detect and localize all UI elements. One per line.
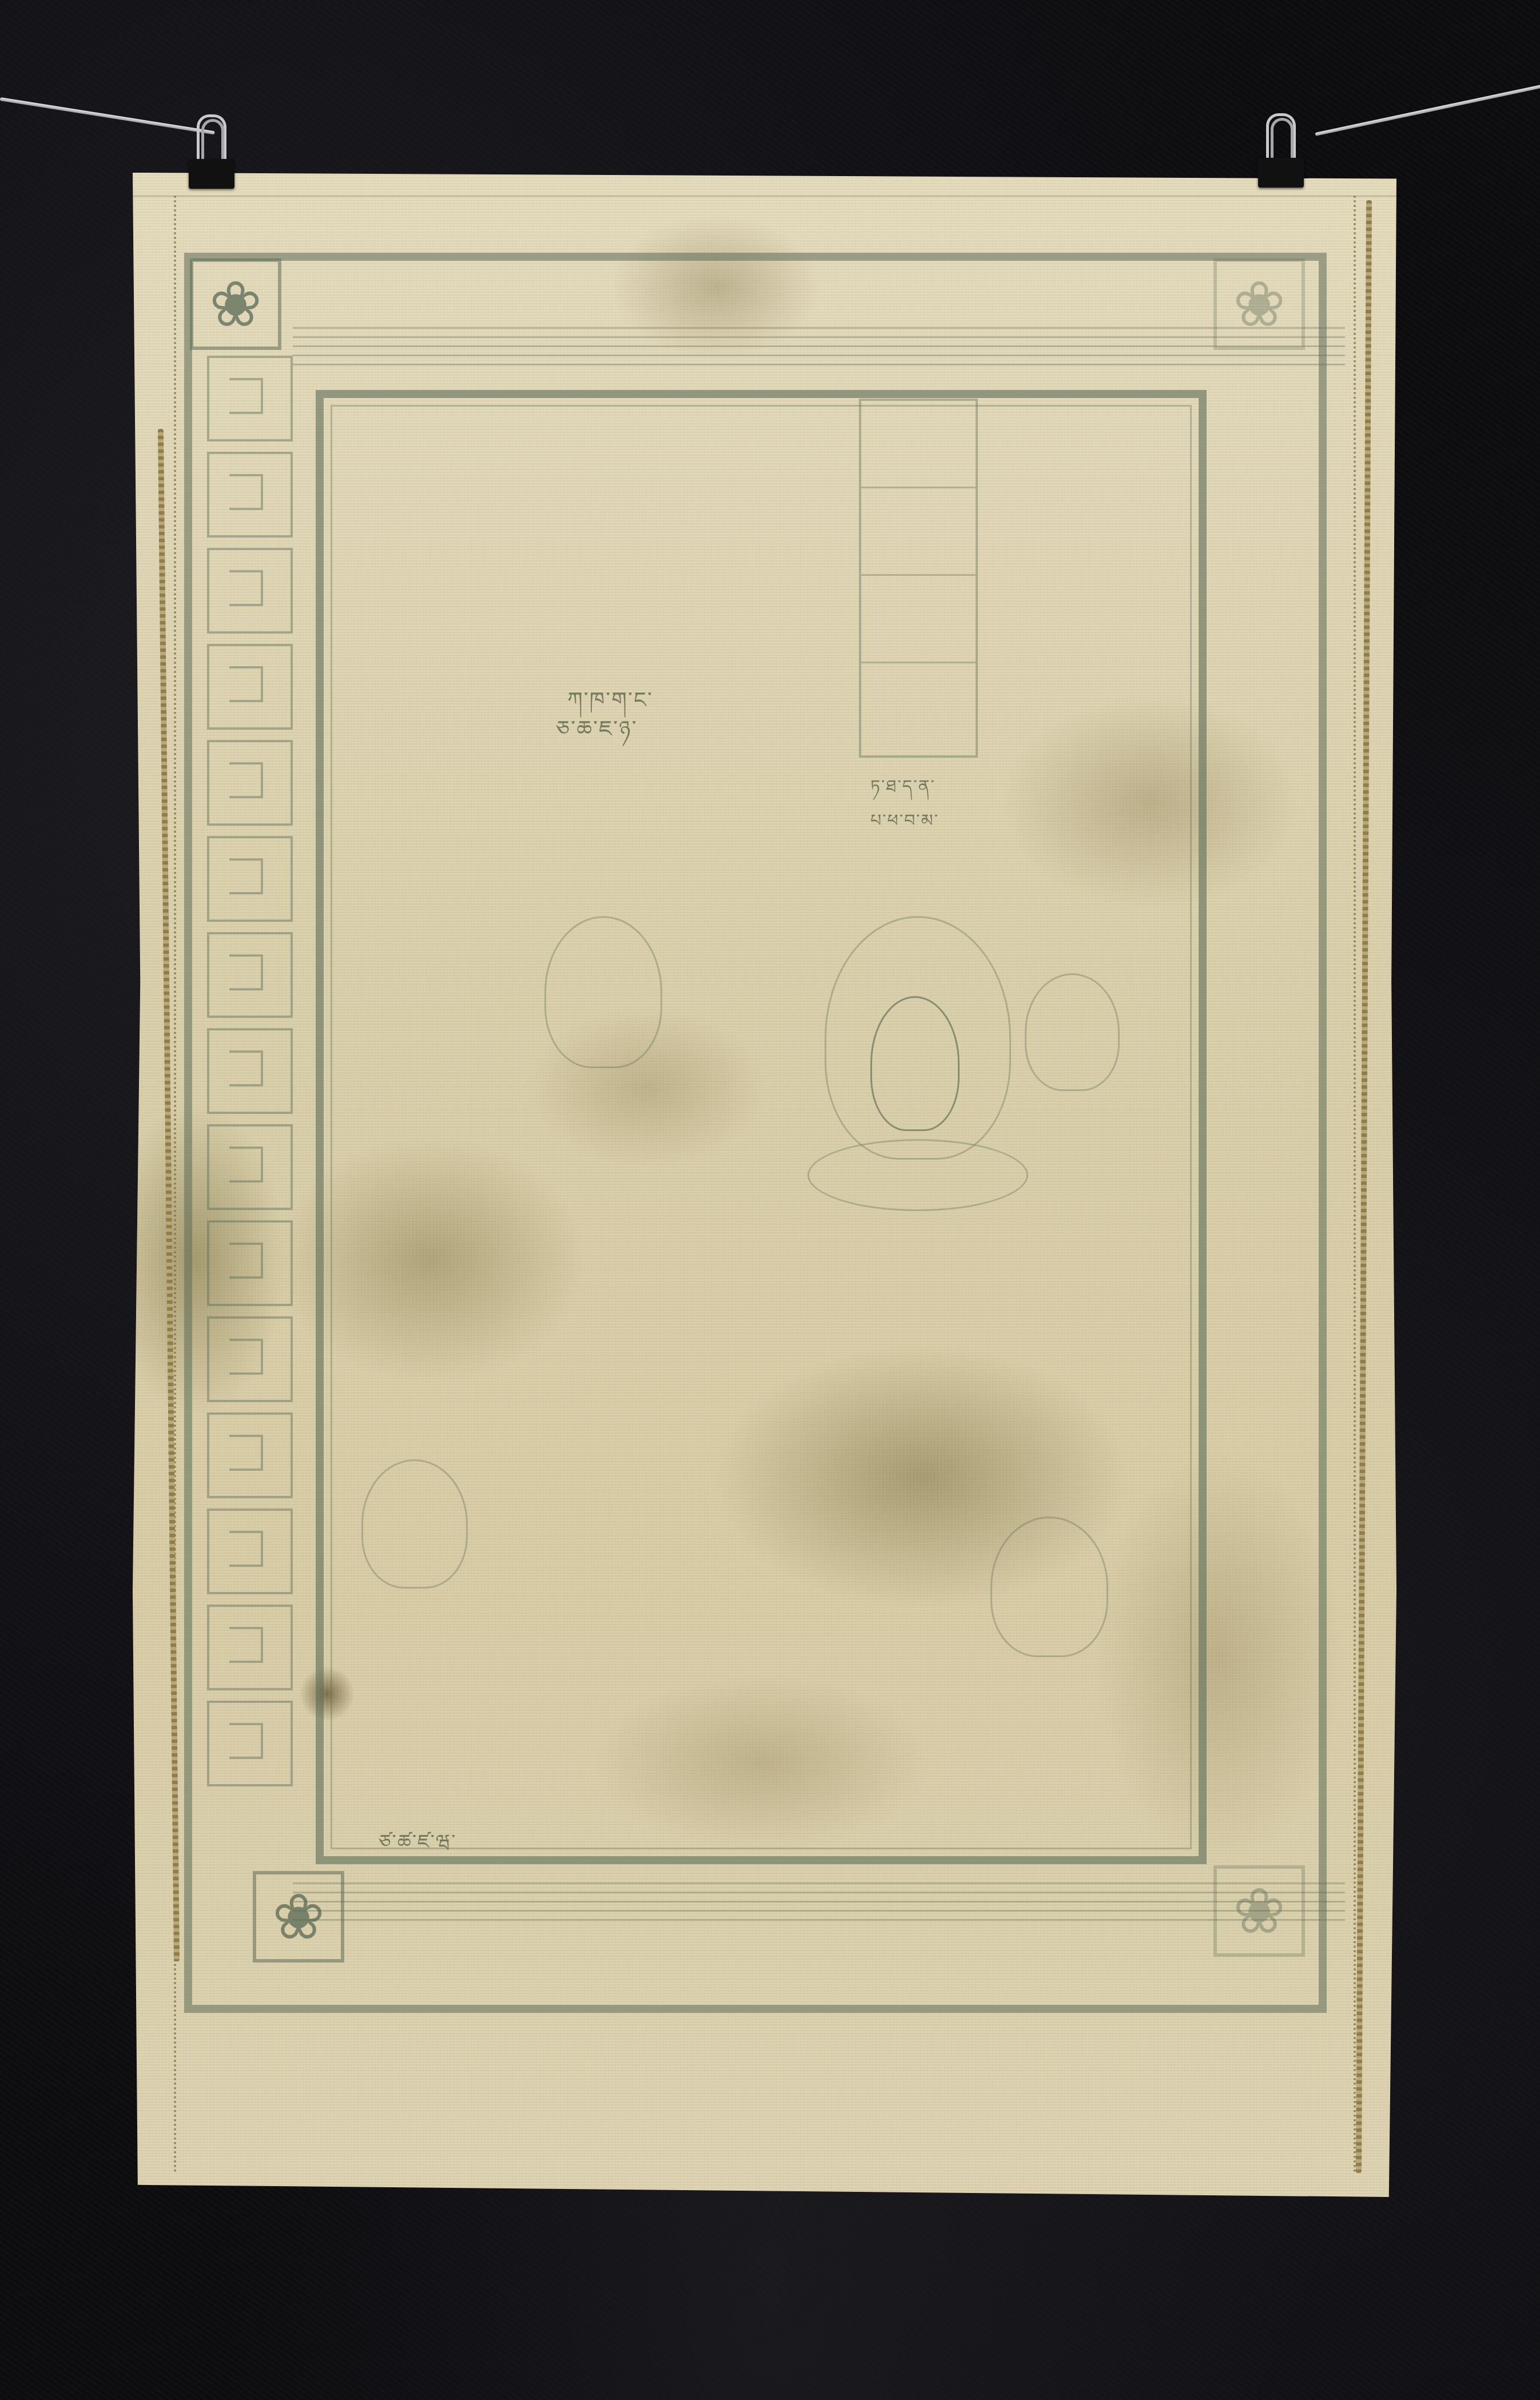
bottom-line-band xyxy=(293,1882,1345,1928)
fret-motif xyxy=(207,356,293,441)
fret-motif xyxy=(207,1028,293,1114)
fret-motif xyxy=(207,1701,293,1786)
deity-figure xyxy=(870,996,960,1131)
central-deity-drawing xyxy=(773,893,1071,1248)
left-figure-drawing xyxy=(544,916,662,1068)
fret-motif xyxy=(207,1509,293,1594)
fret-motif xyxy=(207,644,293,730)
lotus-icon: ❀ xyxy=(1233,273,1286,336)
right-binder-clip xyxy=(1258,113,1304,188)
lower-right-figure-drawing xyxy=(990,1517,1108,1657)
lotus-icon: ❀ xyxy=(209,273,262,336)
printed-cloth: ❀ ❀ ❀ ❀ ཀ་ཁ་ག་ང་ ཅ་ཆ་ཇ་ཉ་ ཏ་ཐ་ད་ན་ པ་ཕ་བ… xyxy=(133,173,1396,2197)
fret-motif xyxy=(207,932,293,1018)
clip-body xyxy=(1258,158,1304,188)
tibetan-inscription-4: པ་ཕ་བ་མ་ xyxy=(870,802,939,850)
fret-motif xyxy=(207,1124,293,1210)
tibetan-inscription-2: ཅ་ཆ་ཇ་ཉ་ xyxy=(556,705,638,766)
tibetan-inscription-5: ཙ་ཚ་ཛ་ཝ་ xyxy=(379,1820,456,1874)
right-seam-stitching xyxy=(1354,196,1356,2174)
left-binder-clip xyxy=(189,114,234,189)
lotus-icon: ❀ xyxy=(1233,1880,1286,1943)
lotus-corner-bottom-left: ❀ xyxy=(253,1871,344,1963)
clip-body xyxy=(189,159,234,189)
cartouche-segment xyxy=(861,401,976,488)
lotus-corner-top-left: ❀ xyxy=(190,258,281,350)
right-figure-drawing xyxy=(1025,973,1120,1091)
cartouche-segment xyxy=(861,488,976,576)
lotus-corner-top-right: ❀ xyxy=(1213,258,1305,350)
fret-motif xyxy=(207,1316,293,1402)
fret-motif xyxy=(207,740,293,826)
lotus-corner-bottom-right: ❀ xyxy=(1213,1865,1305,1957)
fret-motif xyxy=(207,452,293,538)
top-line-band xyxy=(293,327,1345,373)
fret-motif xyxy=(207,836,293,922)
lotus-icon: ❀ xyxy=(272,1885,325,1948)
fret-border-left xyxy=(196,356,304,1820)
deity-lotus-seat xyxy=(807,1139,1028,1211)
fret-motif xyxy=(207,548,293,634)
inscription-cartouche xyxy=(859,399,978,758)
cartouche-segment xyxy=(861,576,976,663)
lower-left-figure-drawing xyxy=(361,1459,468,1589)
fret-motif xyxy=(207,1412,293,1498)
fret-motif xyxy=(207,1605,293,1690)
fret-motif xyxy=(207,1220,293,1306)
